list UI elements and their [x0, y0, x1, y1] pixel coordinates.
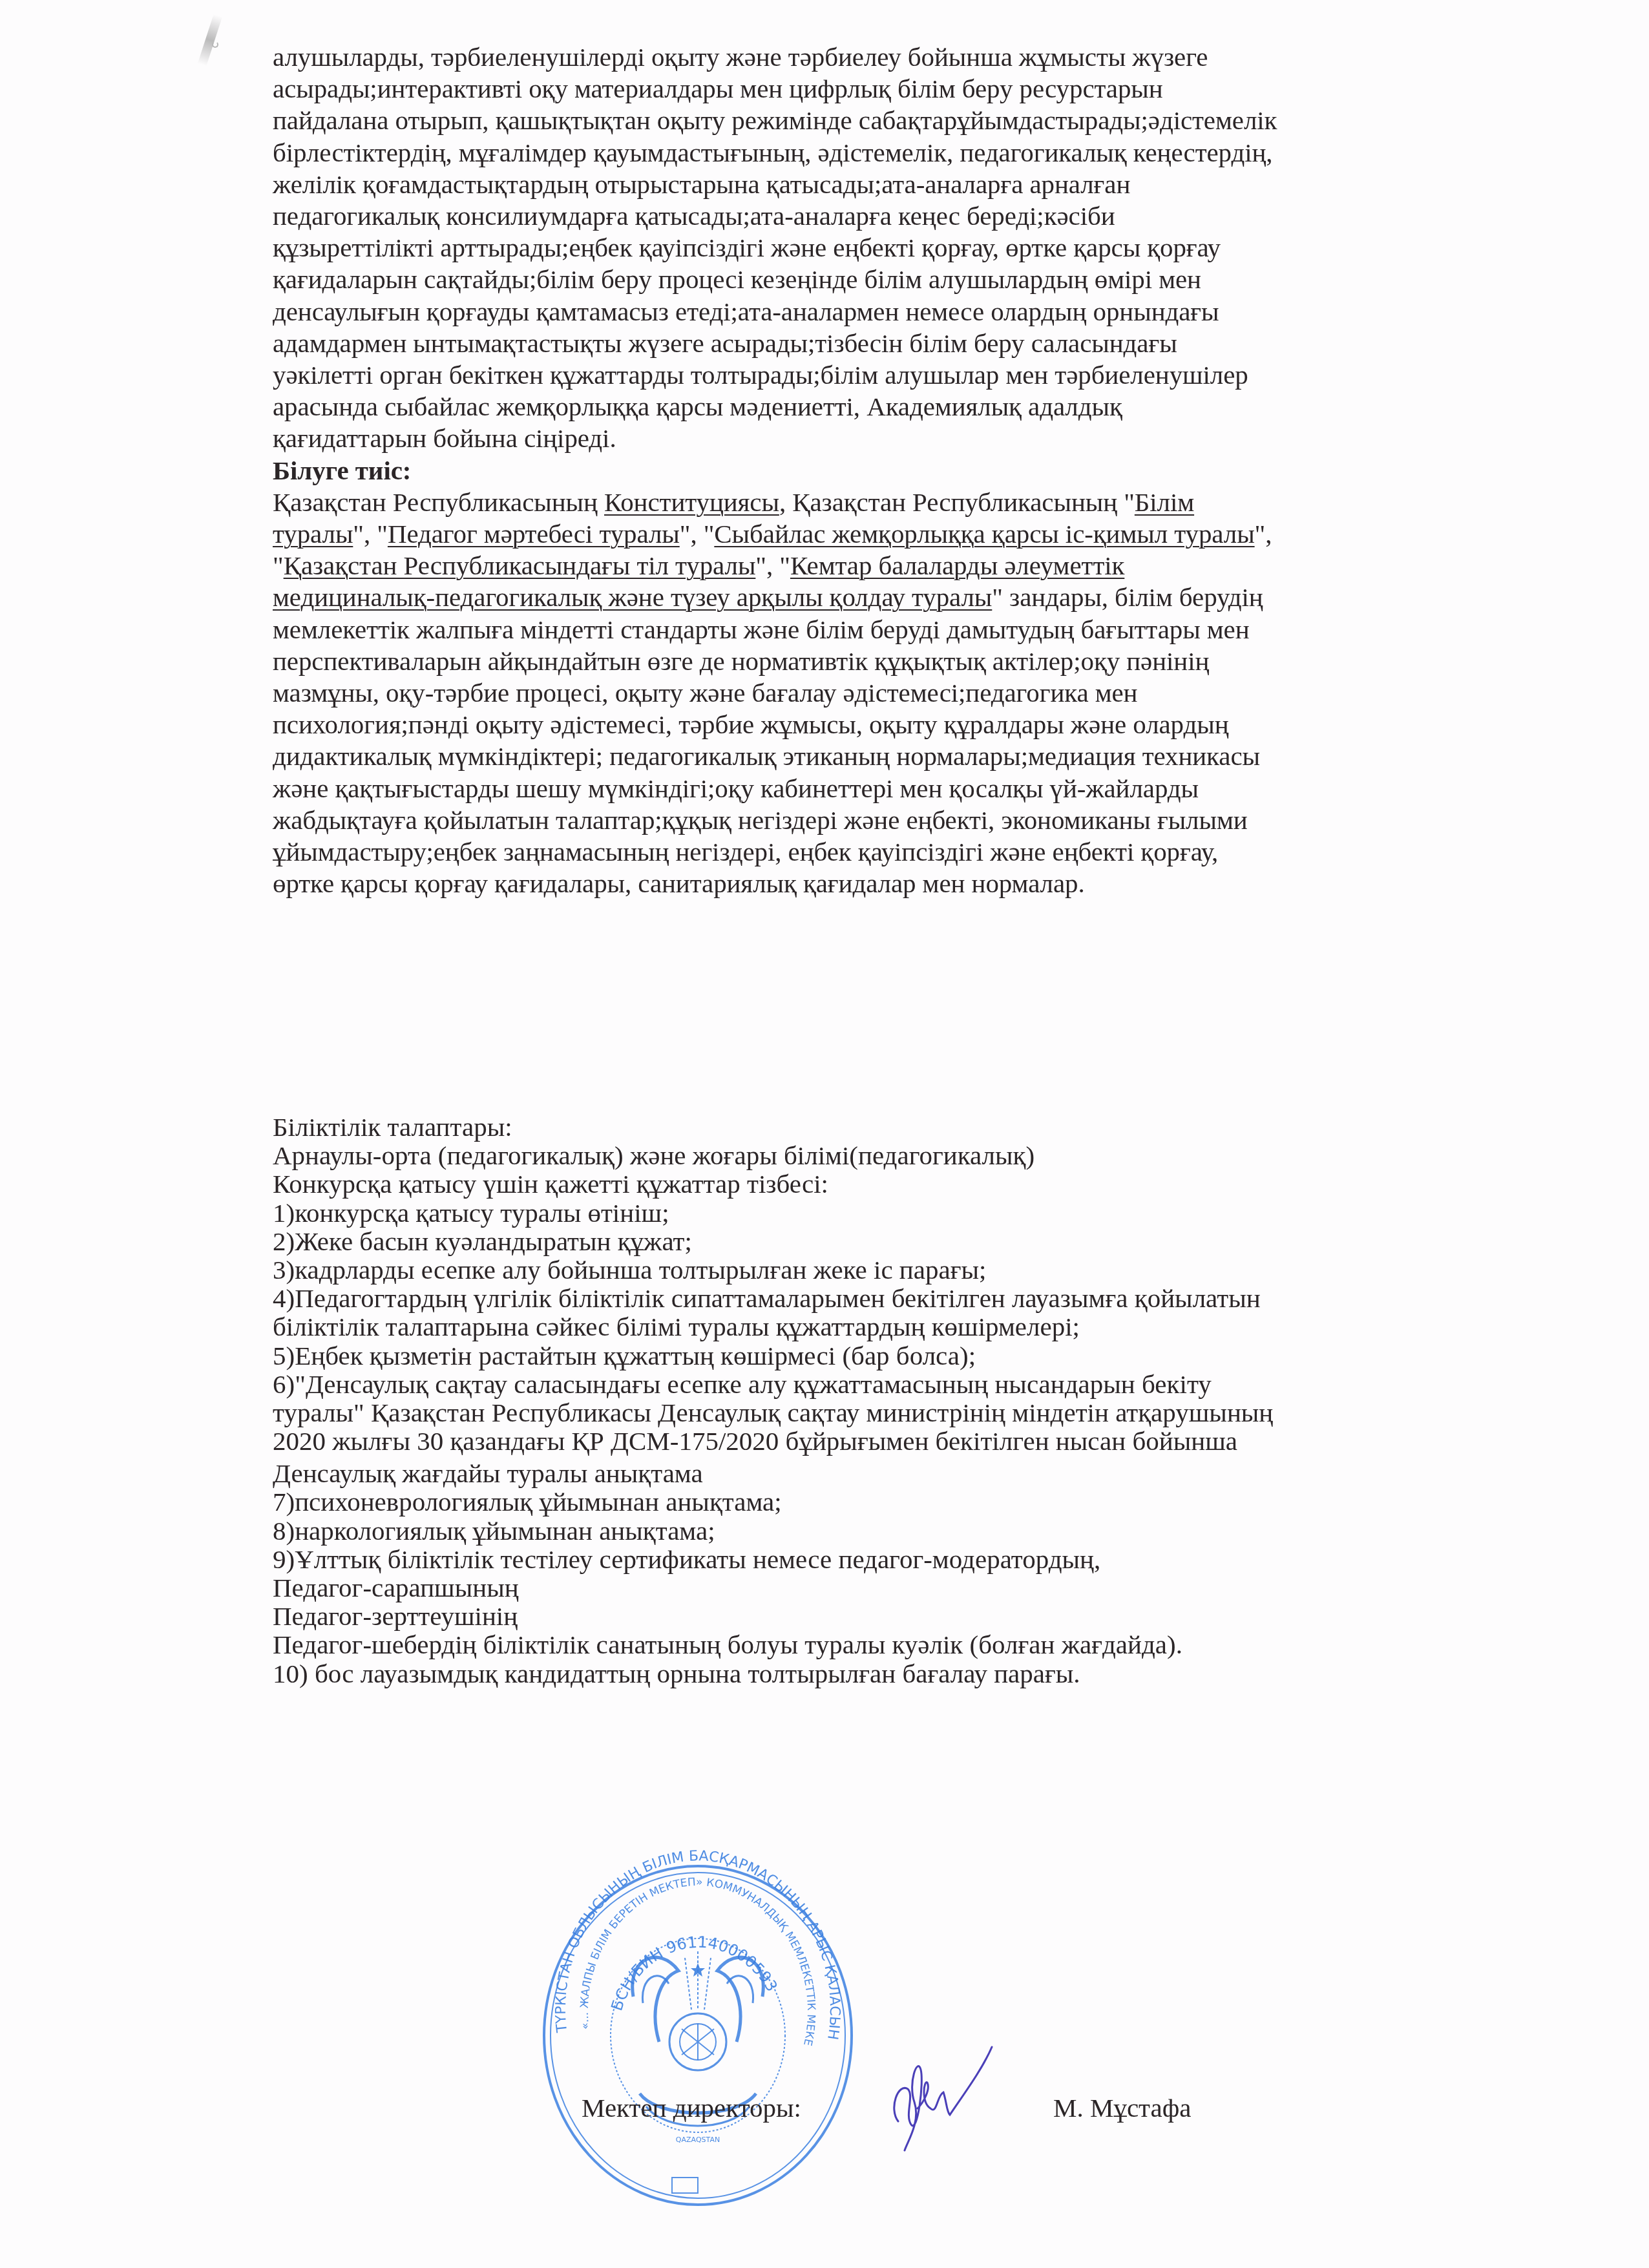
document-list-item: 2020 жылғы 30 қазандағы ҚР ДСМ-175/2020 … — [273, 1427, 1591, 1455]
text-line: дидактикалық мүмкіндіктері; педагогикалы… — [273, 740, 1591, 772]
text-fragment: ", " — [755, 551, 790, 580]
text-line: және қақтығыстарды шешу мүмкіндігі;оқу к… — [273, 773, 1591, 804]
document-list-item: 2)Жеке басын куәландыратын құжат; — [273, 1227, 1591, 1255]
text-line: бірлестіктердің, мұғалімдер қауымдастығы… — [273, 137, 1591, 169]
documents-heading: Конкурсқа қатысу үшін қажетті құжаттар т… — [273, 1170, 1591, 1198]
text-line: ұйымдастыру;еңбек заңнамасының негіздері… — [273, 836, 1591, 868]
text-line: денсаулығын қорғауды қамтамасыз етеді;ат… — [273, 296, 1591, 328]
text-fragment: , Қазақстан Республикасының " — [779, 487, 1135, 517]
text-line: арасында сыбайлас жемқорлыққа қарсы мәде… — [273, 391, 1591, 423]
must-know-line-4: медициналық-педагогикалық және түзеу арқ… — [273, 582, 1591, 613]
document-list-item: 6)"Денсаулық сақтау саласындағы есепке а… — [273, 1370, 1591, 1398]
document-list-item: 8)наркологиялық ұйымынан анықтама; — [273, 1517, 1591, 1545]
scanned-document-page: алушыларды, тәрбиеленушілерді оқыту және… — [0, 0, 1649, 2268]
qualification-text: Арнаулы-орта (педагогикалық) және жоғары… — [273, 1141, 1591, 1170]
must-know-line-3: "Қазақстан Республикасындағы тіл туралы"… — [273, 550, 1591, 582]
law-link-education[interactable]: Білім — [1135, 487, 1194, 517]
qualification-heading: Біліктілік талаптары: — [273, 1113, 1591, 1141]
text-line: желілік қоғамдастықтардың отырыстарына қ… — [273, 169, 1591, 200]
text-fragment: " зандары, білім берудің — [992, 582, 1263, 612]
must-know-heading: Білуге тиіс: — [273, 455, 1591, 487]
text-line: өртке қарсы қорғау қағидалары, санитария… — [273, 868, 1591, 899]
text-line: перспективаларын айқындайтын өзге де нор… — [273, 646, 1591, 677]
text-line: психология;пәнді оқыту әдістемесі, тәрби… — [273, 709, 1591, 740]
text-line: алушыларды, тәрбиеленушілерді оқыту және… — [273, 41, 1591, 73]
law-link-teacher-status[interactable]: Педагог мәртебесі туралы — [388, 519, 680, 549]
law-link-disabled-children[interactable]: медициналық-педагогикалық және түзеу арқ… — [273, 582, 992, 612]
document-list-item: 10) бос лауазымдық кандидаттың орнына то… — [273, 1659, 1591, 1688]
text-fragment: ", — [1255, 519, 1272, 549]
text-line: жабдықтауға қойылатын талаптар;құқық нег… — [273, 804, 1591, 836]
text-line: асырады;интерактивті оқу материалдары ме… — [273, 73, 1591, 105]
document-list-item: 1)конкурсқа қатысу туралы өтініш; — [273, 1199, 1591, 1227]
requirements-section: Біліктілік талаптары: Арнаулы-орта (педа… — [273, 1113, 1591, 1688]
law-link-disabled-children[interactable]: Кемтар балаларды әлеуметтік — [790, 551, 1124, 580]
document-list-item: Денсаулық жағдайы туралы анықтама — [273, 1459, 1591, 1487]
text-fragment: ", " — [353, 519, 388, 549]
scan-artifact-dot — [212, 41, 218, 48]
document-list-item: біліктілік талаптарына сәйкес білімі тур… — [273, 1312, 1591, 1341]
signature-block: Мектеп директоры: М. Мұстафа — [0, 2092, 1649, 2144]
text-line: педагогикалық консилиумдарға қатысады;ат… — [273, 200, 1591, 232]
document-list-item: 3)кадрларды есепке алу бойынша толтырылғ… — [273, 1255, 1591, 1284]
law-link-anti-corruption[interactable]: Сыбайлас жемқорлыққа қарсы іс-қимыл тура… — [714, 519, 1254, 549]
text-line: мазмұны, оқу-тәрбие процесі, оқыту және … — [273, 677, 1591, 709]
document-list-item: Педагог-шебердің біліктілік санатының бо… — [273, 1630, 1591, 1659]
must-know-line-2: туралы", "Педагог мәртебесі туралы", "Сы… — [273, 518, 1591, 550]
document-list-item: Педагог-сарапшының — [273, 1573, 1591, 1602]
text-line: құзыреттілікті арттырады;еңбек қауіпсізд… — [273, 232, 1591, 264]
official-stamp-icon: ТҮРКІСТАН ОБЛЫСЫНЫҢ БІЛІМ БАСҚАРМАСЫНЫҢ … — [530, 1848, 866, 2210]
document-body: алушыларды, тәрбиеленушілерді оқыту және… — [273, 41, 1591, 899]
law-link-constitution[interactable]: Конституциясы — [604, 487, 779, 517]
text-line: пайдалана отырып, қашықтықтан оқыту режи… — [273, 105, 1591, 136]
text-fragment: Қазақстан Республикасының — [273, 487, 604, 517]
signature-label: Мектеп директоры: — [582, 2092, 801, 2123]
director-name: М. Мұстафа — [1053, 2092, 1192, 2123]
scan-artifact-mark — [198, 14, 222, 66]
handwritten-signature-icon — [885, 2044, 995, 2154]
text-fragment: " — [273, 551, 284, 580]
text-line: қағидаттарын бойына сіңіреді. — [273, 423, 1591, 454]
law-link-languages[interactable]: Қазақстан Республикасындағы тіл туралы — [284, 551, 756, 580]
document-list-item: Педагог-зерттеушінің — [273, 1602, 1591, 1630]
document-list-item: 9)Ұлттық біліктілік тестілеу сертификаты… — [273, 1545, 1591, 1573]
law-link-education[interactable]: туралы — [273, 519, 353, 549]
text-fragment: ", " — [680, 519, 715, 549]
text-line: мемлекеттік жалпыға міндетті стандарты ж… — [273, 614, 1591, 646]
must-know-line-1: Қазақстан Республикасының Конституциясы,… — [273, 487, 1591, 518]
document-list-item: туралы" Қазақстан Республикасы Денсаулық… — [273, 1398, 1591, 1427]
document-list-item: 5)Еңбек қызметін растайтын құжаттың көші… — [273, 1341, 1591, 1370]
text-line: қағидаларын сақтайды;білім беру процесі … — [273, 264, 1591, 295]
text-line: уәкілетті орган бекіткен құжаттарды толт… — [273, 359, 1591, 391]
document-list-item: 4)Педагогтардың үлгілік біліктілік сипат… — [273, 1284, 1591, 1312]
document-list-item: 7)психоневрологиялық ұйымынан анықтама; — [273, 1487, 1591, 1516]
text-line: адамдармен ынтымақтастықты жүзеге асырад… — [273, 328, 1591, 359]
